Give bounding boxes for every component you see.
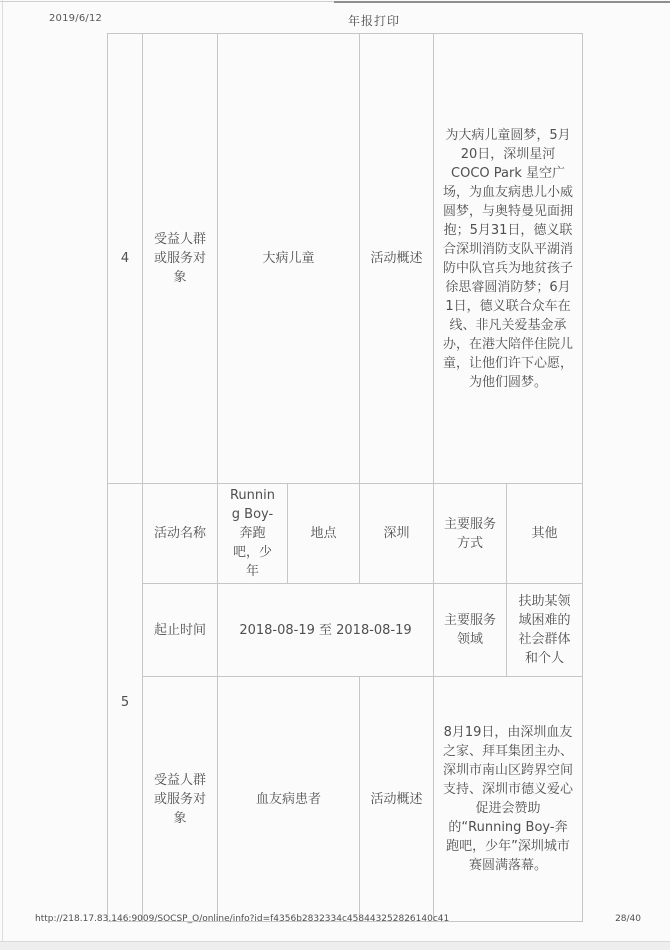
print-footer-page-number: 28/40 [615,914,641,924]
activity-5-location-label-cell: 地点 [288,484,360,584]
activity-5-overview-label-cell: 活动概述 [360,677,434,922]
scan-edge-bottom-band [0,941,670,950]
activity-5-service-area-label-cell: 主要服务领域 [434,584,507,677]
activity-5-name-label-cell: 活动名称 [143,484,218,584]
activity-5-time-label-cell: 起止时间 [143,584,218,677]
activity-5-beneficiary-value-cell: 血友病患者 [218,677,360,922]
print-header-title: 年报打印 [348,12,400,29]
activity-5-time-value-cell: 2018-08-19 至 2018-08-19 [218,584,434,677]
activity-4-overview-text-cell: 为大病儿童圆梦，5月20日，深圳星河COCO Park 星空广场，为血友病患儿小… [434,34,583,484]
annual-report-activity-table: 4 受益人群或服务对象 大病儿童 活动概述 为大病儿童圆梦，5月20日，深圳星河… [107,33,583,922]
print-footer-url: http://218.17.83.146:9009/SOCSP_O/online… [35,914,449,924]
activity-5-overview-text-cell: 8月19日，由深圳血友之家、拜耳集团主办、深圳市南山区跨界空间支持、深圳市德义爱… [434,677,583,922]
scan-edge-top-dark-line [334,1,670,3]
activity-5-index-cell: 5 [108,484,143,922]
table-row: 4 受益人群或服务对象 大病儿童 活动概述 为大病儿童圆梦，5月20日，深圳星河… [108,34,583,484]
activity-4-beneficiary-value-cell: 大病儿童 [218,34,360,484]
activity-5-service-mode-value-cell: 其他 [507,484,583,584]
printed-annual-report-page: { "header": { "date": "2019/6/12", "titl… [0,0,670,950]
activity-5-beneficiary-label-cell: 受益人群或服务对象 [143,677,218,922]
print-header-date: 2019/6/12 [49,13,102,24]
activity-4-beneficiary-label-cell: 受益人群或服务对象 [143,34,218,484]
activity-4-overview-label-cell: 活动概述 [360,34,434,484]
table-row: 起止时间 2018-08-19 至 2018-08-19 主要服务领域 扶助某领… [108,584,583,677]
table-row: 5 活动名称 Running Boy-奔跑吧，少年 地点 深圳 主要服务方式 其… [108,484,583,584]
activity-5-location-value-cell: 深圳 [360,484,434,584]
activity-5-service-area-value-cell: 扶助某领域困难的社会群体和个人 [507,584,583,677]
activity-5-name-value-cell: Running Boy-奔跑吧，少年 [218,484,288,584]
activity-5-service-mode-label-cell: 主要服务方式 [434,484,507,584]
scan-edge-left-line [2,0,3,950]
activity-4-index-cell: 4 [108,34,143,484]
table-row: 受益人群或服务对象 血友病患者 活动概述 8月19日，由深圳血友之家、拜耳集团主… [108,677,583,922]
